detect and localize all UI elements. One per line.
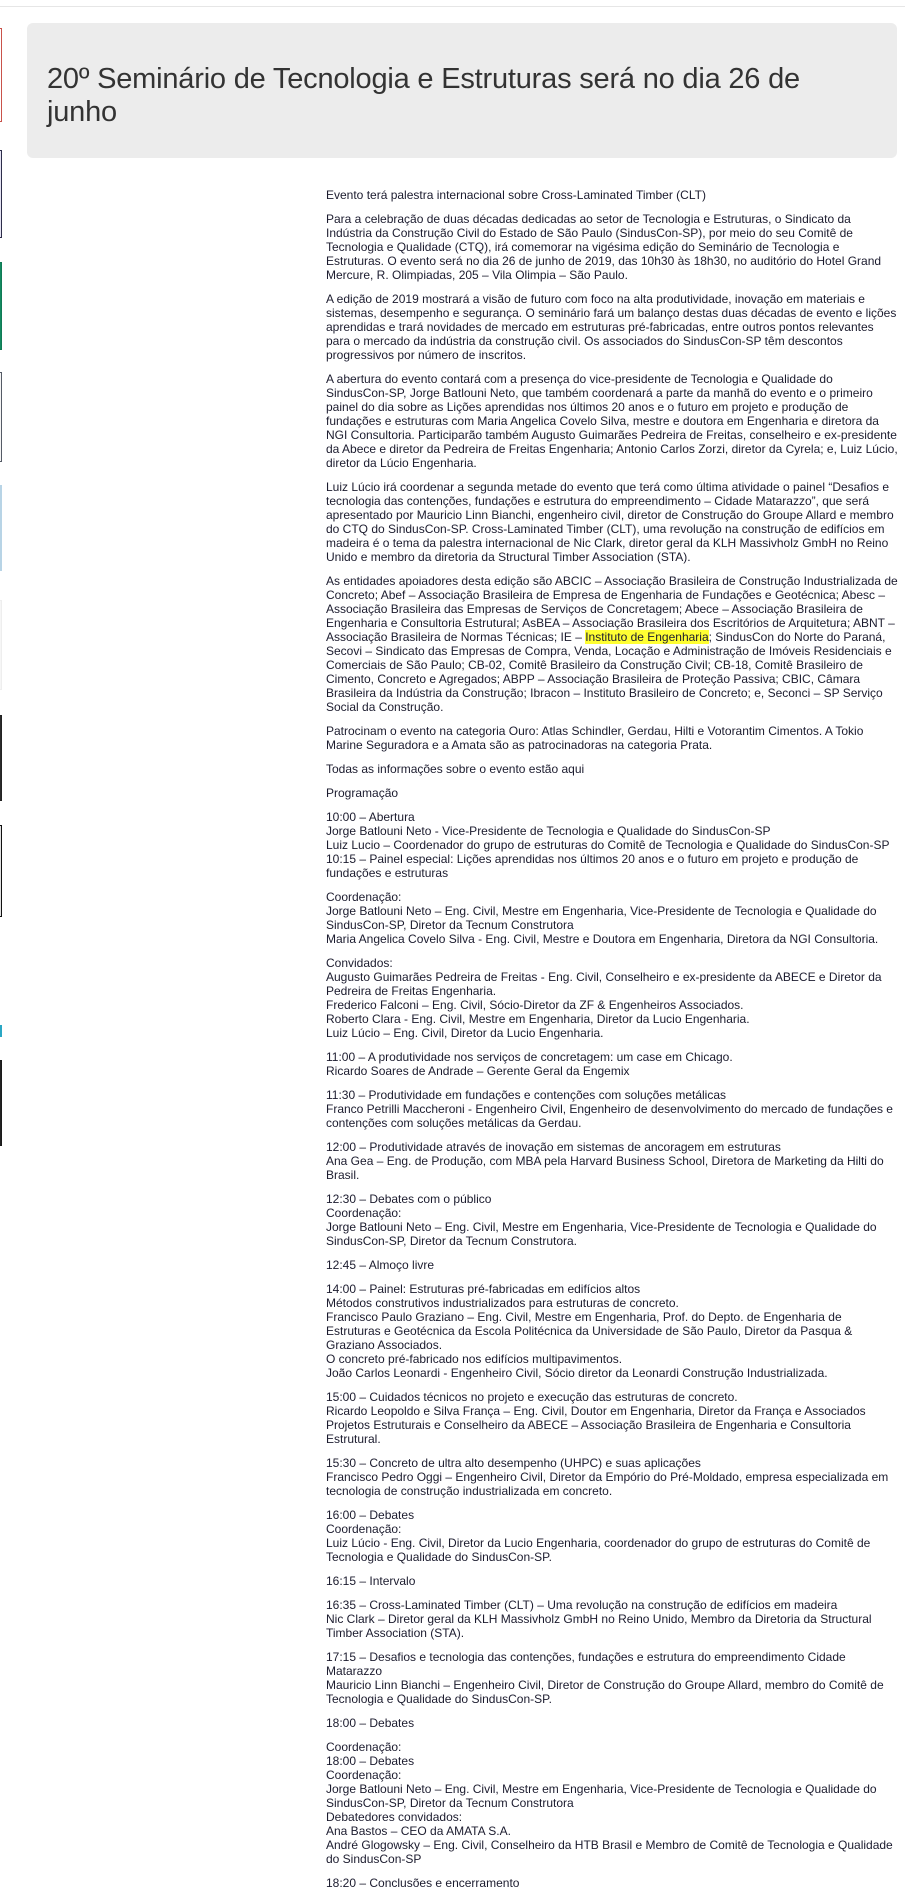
program-line: 10:00 – Abertura <box>326 810 898 824</box>
program-line: 18:00 – Debates <box>326 1716 898 1730</box>
program-line: Coordenação: <box>326 890 898 904</box>
program-line: Convidados: <box>326 956 898 970</box>
program-block: Coordenação:18:00 – DebatesCoordenação:J… <box>326 1740 898 1866</box>
program-block: 12:00 – Produtividade através de inovaçã… <box>326 1140 898 1182</box>
program-line: 10:15 – Painel especial: Lições aprendid… <box>326 852 898 880</box>
paragraph: Luiz Lúcio irá coordenar a segunda metad… <box>326 480 898 564</box>
thumbnail-8[interactable] <box>0 825 2 917</box>
paragraph-sponsors: Patrocinam o evento na categoria Ouro: A… <box>326 724 898 752</box>
article-subtitle: Evento terá palestra internacional sobre… <box>326 188 898 202</box>
program-line: 16:00 – Debates <box>326 1508 898 1522</box>
program-line: 12:00 – Produtividade através de inovaçã… <box>326 1140 898 1154</box>
thumbnail-2[interactable] <box>0 150 2 238</box>
highlighted-text: Instituto de Engenharia <box>585 630 708 644</box>
program-line: Ana Gea – Eng. de Produção, com MBA pela… <box>326 1154 898 1182</box>
program-block: 16:35 – Cross-Laminated Timber (CLT) – U… <box>326 1598 898 1640</box>
thumbnail-3[interactable] <box>0 262 2 350</box>
program-line: Mauricio Linn Bianchi – Engenheiro Civil… <box>326 1678 898 1706</box>
program-line: 14:00 – Painel: Estruturas pré-fabricada… <box>326 1282 898 1296</box>
program-block: 11:00 – A produtividade nos serviços de … <box>326 1050 898 1078</box>
program-line: 18:00 – Debates <box>326 1754 898 1768</box>
program-line: 12:30 – Debates com o público <box>326 1192 898 1206</box>
program-line: Franco Petrilli Maccheroni - Engenheiro … <box>326 1102 898 1130</box>
program-line: Coordenação: <box>326 1740 898 1754</box>
program-line: Jorge Batlouni Neto - Vice-Presidente de… <box>326 824 898 838</box>
program-line: Coordenação: <box>326 1206 898 1220</box>
program-block: 12:45 – Almoço livre <box>326 1258 898 1272</box>
program-line: O concreto pré-fabricado nos edifícios m… <box>326 1352 898 1366</box>
program-schedule: 10:00 – AberturaJorge Batlouni Neto - Vi… <box>326 810 898 1890</box>
program-line: André Glogowsky – Eng. Civil, Conselheir… <box>326 1838 898 1866</box>
program-line: Jorge Batlouni Neto – Eng. Civil, Mestre… <box>326 1220 898 1248</box>
paragraph: A abertura do evento contará com a prese… <box>326 372 898 470</box>
article-body: Evento terá palestra internacional sobre… <box>326 188 898 1900</box>
program-line: 15:00 – Cuidados técnicos no projeto e e… <box>326 1390 898 1404</box>
program-line: Luiz Lúcio - Eng. Civil, Diretor da Luci… <box>326 1536 898 1564</box>
program-line: Augusto Guimarães Pedreira de Freitas - … <box>326 970 898 998</box>
program-line: João Carlos Leonardi - Engenheiro Civil,… <box>326 1366 898 1380</box>
paragraph-supporters: As entidades apoiadores desta edição são… <box>326 574 898 714</box>
program-line: Luiz Lucio – Coordenador do grupo de est… <box>326 838 898 852</box>
program-line: Francisco Paulo Graziano – Eng. Civil, M… <box>326 1310 898 1352</box>
program-block: 15:00 – Cuidados técnicos no projeto e e… <box>326 1390 898 1446</box>
program-line: Frederico Falconi – Eng. Civil, Sócio-Di… <box>326 998 898 1012</box>
program-line: Ana Bastos – CEO da AMATA S.A. <box>326 1824 898 1838</box>
program-line: Luiz Lúcio – Eng. Civil, Diretor da Luci… <box>326 1026 898 1040</box>
program-line: Ricardo Soares de Andrade – Gerente Gera… <box>326 1064 898 1078</box>
program-block: 10:00 – AberturaJorge Batlouni Neto - Vi… <box>326 810 898 880</box>
program-line: Roberto Clara - Eng. Civil, Mestre em En… <box>326 1012 898 1026</box>
program-line: Coordenação: <box>326 1768 898 1782</box>
program-line: 11:30 – Produtividade em fundações e con… <box>326 1088 898 1102</box>
program-line: Debatedores convidados: <box>326 1810 898 1824</box>
program-line: 16:35 – Cross-Laminated Timber (CLT) – U… <box>326 1598 898 1612</box>
program-block: 16:15 – Intervalo <box>326 1574 898 1588</box>
paragraph: A edição de 2019 mostrará a visão de fut… <box>326 292 898 362</box>
program-line: 18:20 – Conclusões e encerramento <box>326 1876 898 1890</box>
program-block: 14:00 – Painel: Estruturas pré-fabricada… <box>326 1282 898 1380</box>
program-line: 12:45 – Almoço livre <box>326 1258 898 1272</box>
program-block: Convidados:Augusto Guimarães Pedreira de… <box>326 956 898 1040</box>
thumbnail-5[interactable] <box>0 485 2 571</box>
program-block: 17:15 – Desafios e tecnologia das conten… <box>326 1650 898 1706</box>
program-line: 17:15 – Desafios e tecnologia das conten… <box>326 1650 898 1678</box>
article-header: 20º Seminário de Tecnologia e Estruturas… <box>27 23 897 158</box>
program-line: Maria Angelica Covelo Silva - Eng. Civil… <box>326 932 898 946</box>
program-line: Coordenação: <box>326 1522 898 1536</box>
thumbnail-10[interactable] <box>0 1060 2 1146</box>
thumbnail-4[interactable] <box>0 372 2 462</box>
thumbnail-9[interactable] <box>0 1025 2 1037</box>
program-heading: Programação <box>326 786 898 800</box>
page-title: 20º Seminário de Tecnologia e Estruturas… <box>47 63 877 129</box>
program-line: 11:00 – A produtividade nos serviços de … <box>326 1050 898 1064</box>
thumbnail-7[interactable] <box>0 715 2 801</box>
program-block: 15:30 – Concreto de ultra alto desempenh… <box>326 1456 898 1498</box>
thumbnail-6[interactable] <box>0 600 2 690</box>
program-line: Nic Clark – Diretor geral da KLH Massivh… <box>326 1612 898 1640</box>
program-line: Ricardo Leopoldo e Silva França – Eng. C… <box>326 1404 898 1446</box>
program-line: Francisco Pedro Oggi – Engenheiro Civil,… <box>326 1470 898 1498</box>
top-divider <box>0 6 905 7</box>
program-line: Jorge Batlouni Neto – Eng. Civil, Mestre… <box>326 1782 898 1810</box>
paragraph: Para a celebração de duas décadas dedica… <box>326 212 898 282</box>
program-block: 11:30 – Produtividade em fundações e con… <box>326 1088 898 1130</box>
program-line: Jorge Batlouni Neto – Eng. Civil, Mestre… <box>326 904 898 932</box>
program-line: Métodos construtivos industrializados pa… <box>326 1296 898 1310</box>
program-block: 18:00 – Debates <box>326 1716 898 1730</box>
program-block: 12:30 – Debates com o públicoCoordenação… <box>326 1192 898 1248</box>
info-link-paragraph[interactable]: Todas as informações sobre o evento estã… <box>326 762 898 776</box>
program-block: Coordenação:Jorge Batlouni Neto – Eng. C… <box>326 890 898 946</box>
thumbnail-1[interactable] <box>0 28 2 122</box>
program-block: 18:20 – Conclusões e encerramento <box>326 1876 898 1890</box>
program-line: 15:30 – Concreto de ultra alto desempenh… <box>326 1456 898 1470</box>
program-block: 16:00 – DebatesCoordenação:Luiz Lúcio - … <box>326 1508 898 1564</box>
program-line: 16:15 – Intervalo <box>326 1574 898 1588</box>
